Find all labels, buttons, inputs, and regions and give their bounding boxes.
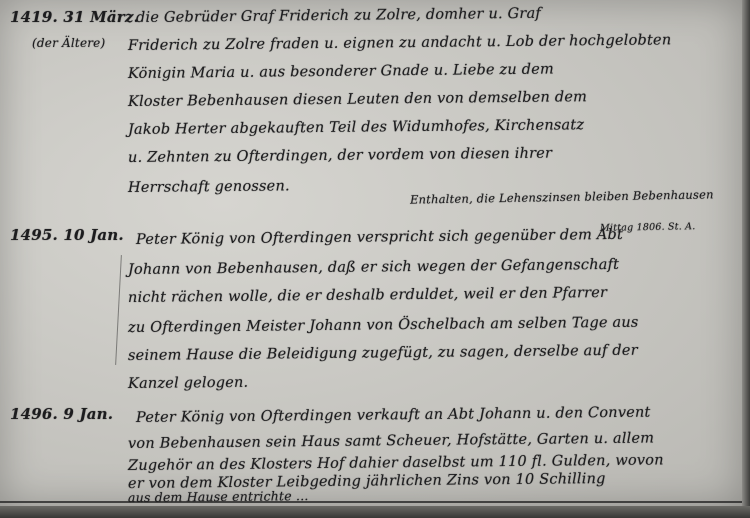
page-edge-shadow	[742, 0, 750, 518]
entry-line: die Gebrüder Graf Friderich zu Zolre, do…	[136, 6, 541, 26]
entry-line: Herrschaft genossen.	[128, 178, 290, 196]
margin-bracket-line	[115, 255, 122, 365]
entry-line: zu Ofterdingen Meister Johann von Öschel…	[128, 315, 639, 336]
entry-line: nicht rächen wolle, die er deshalb erdul…	[128, 285, 607, 306]
entry-date: 1495. 10 Jan.	[10, 226, 124, 244]
entry-line: Kanzel gelogen.	[128, 375, 248, 392]
entry-line: Friderich zu Zolre fraden u. eignen zu a…	[128, 32, 671, 54]
entry-date: 1496. 9 Jan.	[10, 405, 113, 423]
entry-line: Peter König von Ofterdingen verspricht s…	[136, 227, 623, 248]
document-page: 1419. 31 März. (der Ältere) die Gebrüder…	[0, 0, 742, 506]
entry-line: von Bebenhausen sein Haus samt Scheuer, …	[128, 430, 654, 452]
entry-annotation: Enthalten, die Lehenszinsen bleiben Bebe…	[410, 187, 714, 206]
entry-line: u. Zehnten zu Ofterdingen, der vordem vo…	[128, 146, 552, 166]
entry-line: seinem Hause die Beleidigung zugefügt, z…	[128, 343, 638, 364]
bottom-rule-line	[0, 501, 742, 503]
entry-line: Johann von Bebenhausen, daß er sich wege…	[128, 257, 619, 278]
entry-line: Kloster Bebenhausen diesen Leuten den vo…	[128, 89, 587, 110]
entry-margin-note: (der Ältere)	[32, 36, 105, 50]
page-edge-shadow	[0, 506, 750, 518]
entry-date: 1419. 31 März.	[10, 8, 139, 26]
entry-line: Peter König von Ofterdingen verkauft an …	[136, 405, 651, 426]
entry-line: Jakob Herter abgekauften Teil des Widumh…	[128, 117, 584, 138]
entry-line: Königin Maria u. aus besonderer Gnade u.…	[128, 62, 554, 82]
